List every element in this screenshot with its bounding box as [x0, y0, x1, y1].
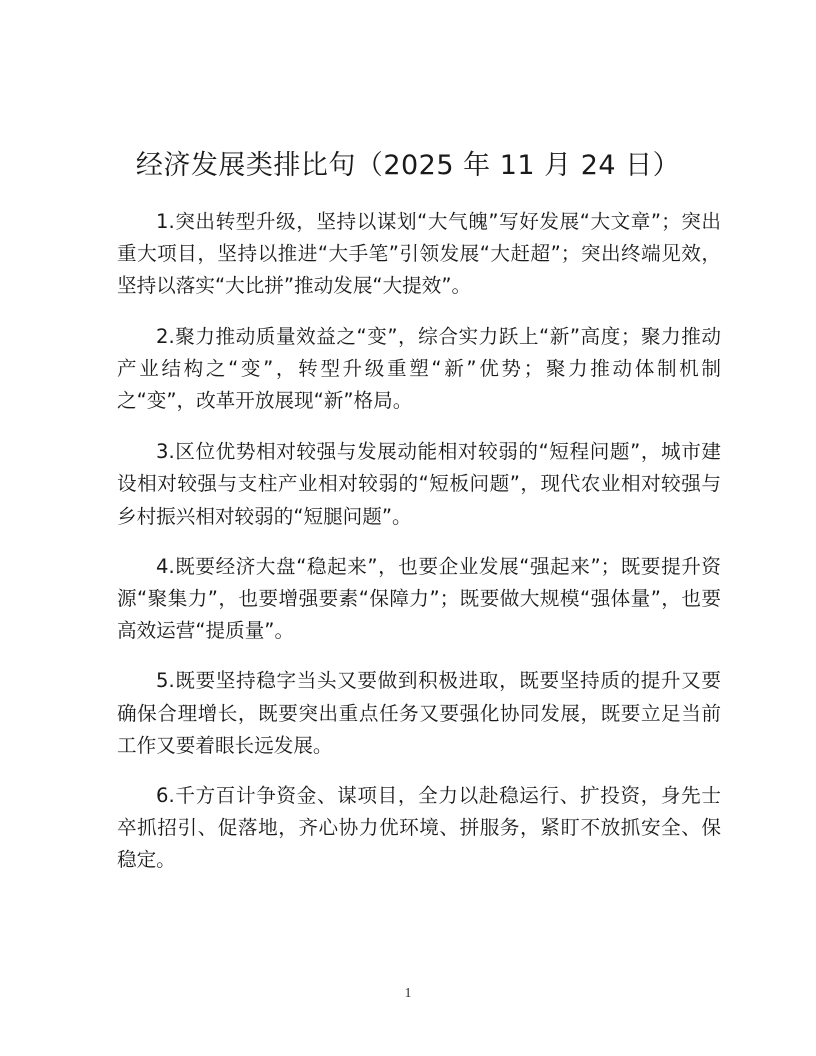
document-title: 经济发展类排比句（2025 年 11 月 24 日） — [0, 146, 816, 186]
paragraph-5: 5.既要坚持稳字当头又要做到积极进取，既要坚持质的提升又要确保合理增长，既要突出… — [117, 665, 721, 762]
document-body: 1.突出转型升级，坚持以谋划“大气魄”写好发展“大文章”；突出重大项目，坚持以推… — [117, 206, 721, 895]
paragraph-1: 1.突出转型升级，坚持以谋划“大气魄”写好发展“大文章”；突出重大项目，坚持以推… — [117, 206, 721, 303]
paragraph-2: 2.聚力推动质量效益之“变”，综合实力跃上“新”高度；聚力推动产业结构之“变”，… — [117, 321, 721, 418]
paragraph-6: 6.千方百计争资金、谋项目，全力以赴稳运行、扩投资，身先士卒抓招引、促落地，齐心… — [117, 780, 721, 877]
paragraph-4: 4.既要经济大盘“稳起来”，也要企业发展“强起来”；既要提升资源“聚集力”，也要… — [117, 551, 721, 648]
paragraph-3: 3.区位优势相对较强与发展动能相对较弱的“短程问题”，城市建设相对较强与支柱产业… — [117, 436, 721, 533]
document-page: 经济发展类排比句（2025 年 11 月 24 日） 1.突出转型升级，坚持以谋… — [0, 0, 816, 1056]
page-number: 1 — [0, 986, 816, 1002]
